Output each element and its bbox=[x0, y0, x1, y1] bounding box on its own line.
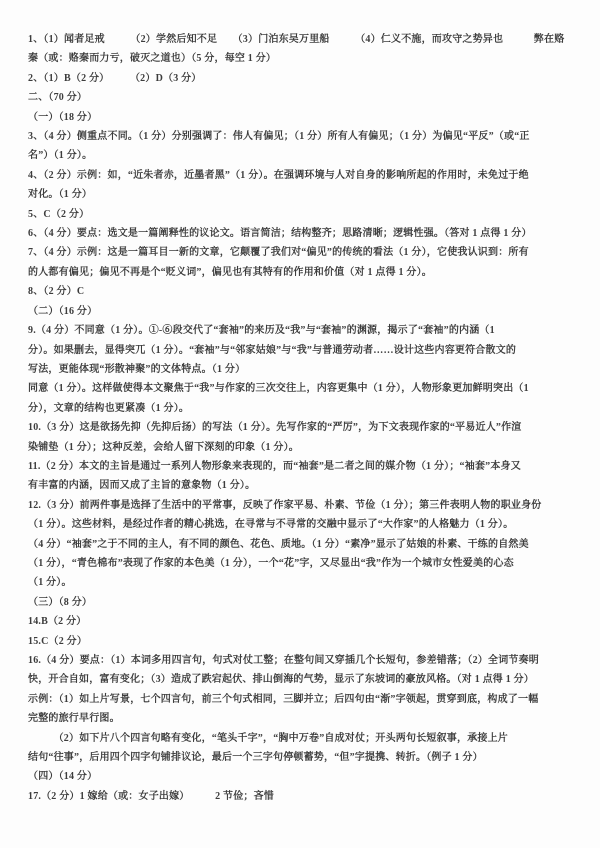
answer-7-line-2: 的人都有偏见；偏见不再是个“贬义词”，偏见也有其特有的作用和价值（对 1 点得 … bbox=[28, 263, 576, 282]
answer-16-line-2: 快，开合自如，富有变化；（3）造成了跌宕起伏、排山倒海的气势，显示了东坡词的豪放… bbox=[28, 670, 576, 689]
answer-11-line-2: 有丰富的内涵，因而又成了主旨的意象物（1 分）。 bbox=[28, 476, 576, 495]
answer-13-line-1: （4 分）“袖套”之于不同的主人，有不同的颜色、花色、质地。（1 分）“素净”显… bbox=[28, 535, 576, 554]
answer-16-line-5: （2）如下片八个四言句略有变化，“笔头千字”，“胸中万卷”自成对仗；开头两句长短… bbox=[28, 729, 576, 748]
answer-2: 2、（1）B（2 分） （2）D（3 分） bbox=[28, 69, 576, 88]
answer-7-line-1: 7、（4 分）示例：这是一篇耳目一新的文章，它颠覆了我们对“偏见”的传统的看法（… bbox=[28, 243, 576, 262]
answer-key-page: 1、（1）闻者足戒 （2）学然后知不足 （3）门泊东吴万里船 （4）仁义不施，而… bbox=[0, 0, 600, 848]
answer-4-line-1: 4、（2 分）示例：如，“近朱者赤，近墨者黑”（1 分）。在强调环境与人对自身的… bbox=[28, 166, 576, 185]
answer-4-line-2: 对化。（1 分） bbox=[28, 185, 576, 204]
answer-1-line-1: 1、（1）闻者足戒 （2）学然后知不足 （3）门泊东吴万里船 （4）仁义不施，而… bbox=[28, 30, 576, 49]
answer-10-line-1: 10.（3 分）这是欲扬先抑（先抑后扬）的写法（1 分）。先写作家的“严厉”，为… bbox=[28, 418, 576, 437]
answer-17: 17.（2 分）1 嫁给（或：女子出嫁） 2 节俭；吝惜 bbox=[28, 787, 576, 806]
answer-8: 8、（2 分）C bbox=[28, 282, 576, 301]
answer-9-line-1: 9.（4 分）不同意（1 分）。①-⑥段交代了“套袖”的来历及“我”与“套袖”的… bbox=[28, 321, 576, 340]
part-4-heading: （四）（14 分） bbox=[28, 767, 576, 786]
answer-15: 15.C（2 分） bbox=[28, 632, 576, 651]
answer-1-line-2: 秦（或：赂秦而力亏，破灭之道也）（5 分，每空 1 分） bbox=[28, 49, 576, 68]
answer-5: 5、C（2 分） bbox=[28, 205, 576, 224]
document-body: 1、（1）闻者足戒 （2）学然后知不足 （3）门泊东吴万里船 （4）仁义不施，而… bbox=[28, 30, 576, 806]
answer-16-line-3: 示例：（1）如上片写景，七个四言句，前三个句式相同，三脚并立；后四句由“渐”字领… bbox=[28, 690, 576, 709]
answer-3-line-1: 3、（4 分）侧重点不同。（1 分）分别强调了：伟人有偏见；（1 分）所有人有偏… bbox=[28, 127, 576, 146]
answer-10-line-2: 染铺垫（1 分）；这种反差，会给人留下深刻的印象（1 分）。 bbox=[28, 438, 576, 457]
answer-9-line-4: 同意（1 分）。这样做使得本文聚焦于“我”与作家的三次交往上，内容更集中（1 分… bbox=[28, 379, 576, 398]
answer-16-line-6: 结句“往事”，后用四个四字句铺排议论，最后一个三字句停顿蓄势，“但”字提携、转折… bbox=[28, 748, 576, 767]
answer-14: 14.B（2 分） bbox=[28, 612, 576, 631]
answer-9-line-5: 分），文章的结构也更紧凑（1 分）。 bbox=[28, 399, 576, 418]
part-3-heading: （三）（8 分） bbox=[28, 593, 576, 612]
answer-6: 6、（4 分）要点：选文是一篇阐释性的议论文。语言简洁；结构整齐；思路清晰；逻辑… bbox=[28, 224, 576, 243]
answer-13-line-2: （1 分），“青色棉布”表现了作家的本色美（1 分），一个“花”字，又尽显出“我… bbox=[28, 554, 576, 573]
answer-9-line-2: 分）。如果删去，显得突兀（1 分）。“套袖”与“邻家姑娘”与“我”与普通劳动者…… bbox=[28, 341, 576, 360]
answer-12-line-1: 12.（3 分）前两件事是选择了生活中的平常事，反映了作家平易、朴素、节俭（1 … bbox=[28, 496, 576, 515]
answer-16-line-1: 16.（4 分）要点：（1）本词多用四言句，句式对仗工整；在整句间又穿插几个长短… bbox=[28, 651, 576, 670]
answer-3-line-2: 名”）（1 分）。 bbox=[28, 146, 576, 165]
answer-11-line-1: 11.（2 分）本文的主旨是通过一系列人物形象来表现的，而“袖套”是二者之间的媒… bbox=[28, 457, 576, 476]
section-2-heading: 二、（70 分） bbox=[28, 88, 576, 107]
part-2-heading: （二）（16 分） bbox=[28, 302, 576, 321]
part-1-heading: （一）（18 分） bbox=[28, 108, 576, 127]
answer-16-line-4: 完整的旅行早行图。 bbox=[28, 709, 576, 728]
answer-13-line-3: （1 分）。 bbox=[28, 573, 576, 592]
answer-12-line-2: （1 分）。这些材料，是经过作者的精心挑选，在寻常与不寻常的交融中显示了“大作家… bbox=[28, 515, 576, 534]
answer-9-line-3: 写法，更能体现“形散神聚”的文体特点。（1 分） bbox=[28, 360, 576, 379]
